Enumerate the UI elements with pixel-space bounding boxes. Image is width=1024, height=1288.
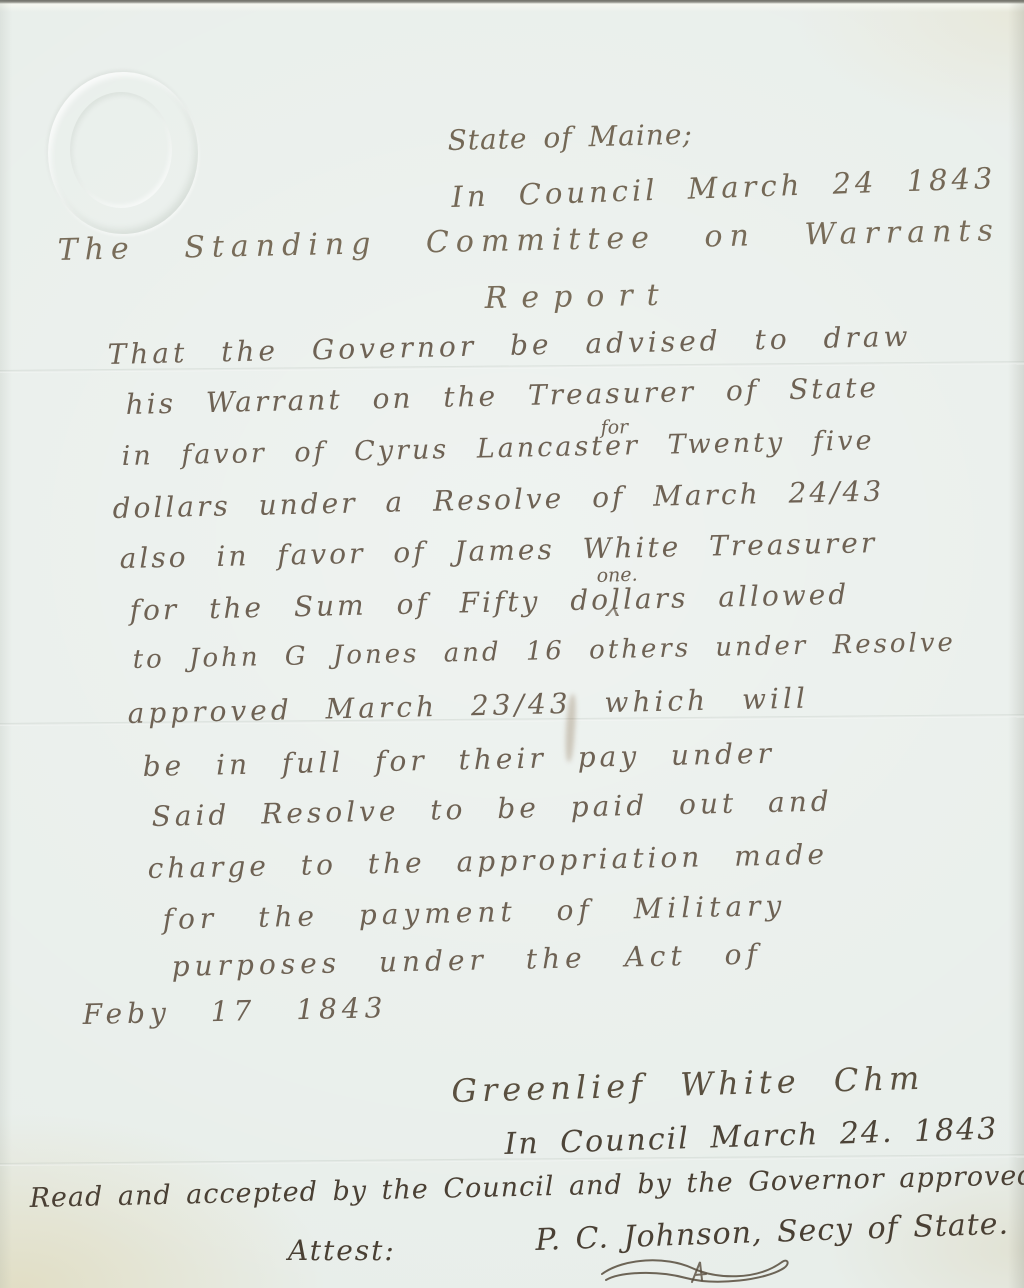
body-line: approved March 23/43 which will [127,684,809,730]
body-line: Said Resolve to be paid out and [151,787,833,833]
embossed-seal-inner [70,92,172,208]
body-line: Feby 17 1843 [82,993,388,1031]
heading-committee: The Standing Committee on Warrants [57,214,1000,267]
heading-state: State of Maine; [447,120,693,157]
body-line: his Warrant on the Treasurer of State [125,373,879,421]
heading-council-date: In Council March 24 1843 [451,163,997,214]
body-line: dollars under a Resolve of March 24/43 [112,476,884,524]
paper-edge-shadow-right [1008,0,1024,1288]
attest-label: Attest: [288,1236,396,1267]
body-line: in favor of Cyrus Lancaster Twenty five [121,426,875,471]
body-line: be in full for their pay under [142,739,775,783]
interlinear-insertion-one: one. [596,565,638,587]
secretary-signature: P. C. Johnson, Secy of State. [535,1207,1010,1257]
chairman-signature: Greenlief White Chm [451,1061,925,1109]
body-line: to John G Jones and 16 others under Reso… [132,629,956,675]
body-line: for the payment of Military [162,891,786,936]
embossed-seal [48,72,198,234]
body-line: charge to the appropriation made [147,840,828,885]
interlinear-insertion-for: for [600,417,628,439]
scan-edge [0,0,1024,12]
manuscript-page: State of Maine; In Council March 24 1843… [0,0,1024,1288]
paper-edge-shadow-left [0,0,12,1288]
body-line: for the Sum of Fifty dollars allowed [129,580,849,627]
body-line: purposes under the Act of [171,940,762,983]
council-date-line: In Council March 24. 1843 [504,1112,999,1161]
approval-line: Read and accepted by the Council and by … [29,1161,1024,1214]
heading-report: Report [484,279,673,315]
body-line: also in favor of James White Treasurer [119,528,877,575]
signature-flourish [596,1254,796,1288]
